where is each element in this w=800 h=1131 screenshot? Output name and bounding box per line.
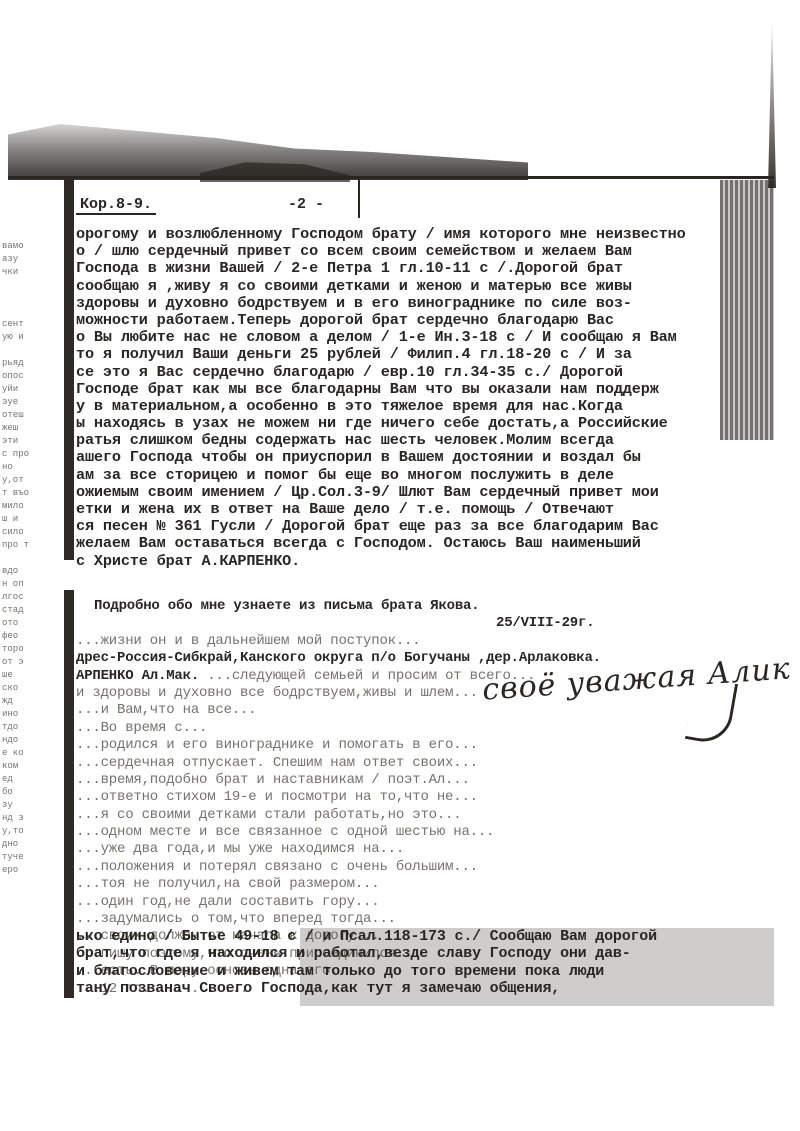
margin-fragment: про т	[2, 539, 62, 552]
letter-continuation: ько едино / Бытье 49-18 с / и Псал.118-1…	[76, 928, 776, 997]
text-line: ся песен № 361 Гусли / Дорогой брат еще …	[76, 518, 776, 535]
margin-fragment: ую и	[2, 331, 62, 344]
text-line: то я получил Ваши деньги 25 рублей / Фил…	[76, 346, 776, 363]
text-line: желаем Вам оставаться всегда с Господом.…	[76, 535, 776, 552]
margin-fragment: от э	[2, 656, 62, 669]
margin-fragment: е ко	[2, 747, 62, 760]
sender-name: АРПЕНКО Ал.Мак.	[76, 668, 199, 684]
margin-fragment: туче	[2, 851, 62, 864]
faded-line: ...уже два года,и мы уже находимся на...	[76, 841, 776, 858]
margin-fragment: дно	[2, 838, 62, 851]
margin-fragment: т въо	[2, 487, 62, 500]
text-line: Господе брат как мы все благодарны Вам ч…	[76, 381, 776, 398]
left-binding-gap	[64, 560, 74, 590]
left-margin-bleedthrough: вамоазучки сентую и рьядопосуйиэуеотешже…	[2, 240, 62, 1000]
margin-fragment: ндо	[2, 734, 62, 747]
text-line: сообщаю я ,живу я со своими детками и же…	[76, 278, 776, 295]
margin-fragment	[2, 305, 62, 318]
margin-fragment: с про	[2, 448, 62, 461]
faded-line: ...одном месте и все связанное с одной ш…	[76, 824, 776, 841]
faded-line: ...один год,не дали составить гору...	[76, 894, 776, 911]
faded-line: ...сердечная отпускает. Спешим нам ответ…	[76, 755, 776, 772]
margin-fragment: жд	[2, 695, 62, 708]
text-line: здоровы и духовно бодрствуем и в его вин…	[76, 295, 776, 312]
letter-body: орогому и возлюбленному Господом брату /…	[76, 226, 776, 570]
text-line: о / шлю сердечный привет со всем своим с…	[76, 243, 776, 260]
margin-fragment: торо	[2, 643, 62, 656]
margin-fragment: у,то	[2, 825, 62, 838]
text-line: Господа в жизни Вашей / 2-е Петра 1 гл.1…	[76, 260, 776, 277]
margin-fragment: у,от	[2, 474, 62, 487]
margin-fragment: ско	[2, 682, 62, 695]
faded-line: ...время,подобно брат и наставникам / по…	[76, 772, 776, 789]
text-line: и благословение и живем там только до то…	[76, 963, 776, 980]
text-line: тану позванач Своего Господа,как тут я з…	[76, 980, 776, 997]
text-line: ашего Господа чтобы он приуспорил в Ваше…	[76, 449, 776, 466]
margin-fragment: бо	[2, 786, 62, 799]
margin-fragment: нд з	[2, 812, 62, 825]
margin-fragment: эти	[2, 435, 62, 448]
text-line: с Христе брат А.КАРПЕНКО.	[76, 553, 776, 570]
margin-fragment: ото	[2, 617, 62, 630]
text-line: о Вы любите нас не словом а делом / 1-е …	[76, 329, 776, 346]
margin-fragment: уйи	[2, 383, 62, 396]
margin-fragment: ком	[2, 760, 62, 773]
margin-fragment: ед	[2, 773, 62, 786]
text-line: етки и жена их в ответ на Ваше дело / т.…	[76, 501, 776, 518]
margin-fragment	[2, 344, 62, 357]
margin-fragment: мило	[2, 500, 62, 513]
margin-fragment: опос	[2, 370, 62, 383]
margin-fragment: азу	[2, 253, 62, 266]
text-line: можности работаем.Теперь дорогой брат се…	[76, 312, 776, 329]
scan-edge-spike	[768, 18, 776, 188]
margin-fragment: зу	[2, 799, 62, 812]
margin-fragment: стад	[2, 604, 62, 617]
faded-line: ...родился и его винограднике и помогать…	[76, 737, 776, 754]
margin-fragment: но	[2, 461, 62, 474]
text-line: орогому и возлюбленному Господом брату /…	[76, 226, 776, 243]
faded-line: ...жизни он и в дальнейшем мой поступок.…	[76, 633, 776, 650]
margin-fragment: отеш	[2, 409, 62, 422]
margin-fragment	[2, 292, 62, 305]
text-line: ы находясь в узах не можем ни где ничего…	[76, 415, 776, 432]
text-line: ам за все сторицею и помог бы еще во мно…	[76, 467, 776, 484]
faded-line: ...задумались о том,что вперед тогда...	[76, 911, 776, 928]
faded-line: ...тоя не получил,на свой размером...	[76, 876, 776, 893]
letter-date: 25/VIII-29г.	[496, 615, 594, 631]
text-line: се это я Вас сердечно благодарю / евр.10…	[76, 364, 776, 381]
margin-fragment: чки	[2, 266, 62, 279]
faded-line: ...Во время с...	[76, 720, 776, 737]
margin-fragment: жеш	[2, 422, 62, 435]
postscript-line: Подробно обо мне узнаете из письма брата…	[76, 598, 776, 615]
text-line: брат,что где я находился и работал,везде…	[76, 945, 776, 962]
margin-fragment: эуе	[2, 396, 62, 409]
margin-fragment: ш и	[2, 513, 62, 526]
margin-fragment: фео	[2, 630, 62, 643]
margin-fragment: сило	[2, 526, 62, 539]
margin-fragment: лгос	[2, 591, 62, 604]
margin-fragment: тдо	[2, 721, 62, 734]
text-line: ратья слишком бедны содержать нас шесть …	[76, 432, 776, 449]
margin-fragment: вамо	[2, 240, 62, 253]
margin-fragment: еро	[2, 864, 62, 877]
text-line: ожиемым своим имением / Цр.Сол.3-9/ Шлют…	[76, 484, 776, 501]
faded-line: ...и Вам,что на все...	[76, 702, 776, 719]
faded-line: ...я со своими детками стали работать,но…	[76, 807, 776, 824]
date-line: 25/VIII-29г.	[76, 615, 776, 632]
margin-fragment: ше	[2, 669, 62, 682]
margin-fragment	[2, 552, 62, 565]
margin-fragment	[2, 279, 62, 292]
text-line: у в материальном,а особенно в это тяжело…	[76, 398, 776, 415]
document-header: Кор.8-9. -2 -	[76, 196, 716, 218]
postscript: Подробно обо мне узнаете из письма брата…	[94, 598, 479, 614]
margin-fragment: сент	[2, 318, 62, 331]
faded-line: ...ответно стихом 19-е и посмотри на то,…	[76, 789, 776, 806]
margin-fragment: ино	[2, 708, 62, 721]
document-reference: Кор.8-9.	[76, 196, 156, 215]
text-line: ько едино / Бытье 49-18 с / и Псал.118-1…	[76, 928, 776, 945]
margin-fragment: н оп	[2, 578, 62, 591]
page-number: -2 -	[288, 196, 324, 213]
faded-line: ...положения и потерял связано с очень б…	[76, 859, 776, 876]
margin-fragment: вдо	[2, 565, 62, 578]
margin-fragment: рьяд	[2, 357, 62, 370]
